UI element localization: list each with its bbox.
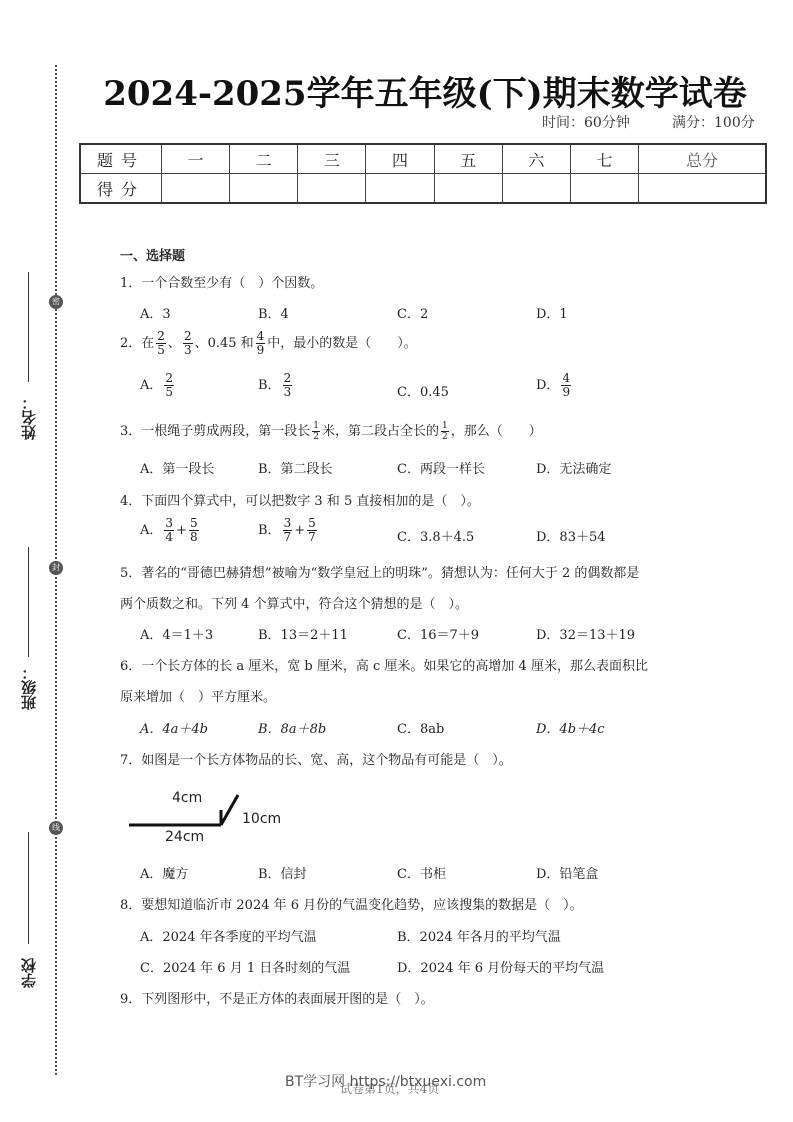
score-cell-2[interactable] (230, 174, 298, 204)
school-write-line[interactable] (28, 832, 29, 944)
q6-option-c[interactable]: C．8ab (397, 718, 444, 737)
q5-option-c[interactable]: C．16＝7＋9 (397, 624, 479, 643)
q8-option-c[interactable]: C．2024 年 6 月 1 日各时刻的气温 (140, 957, 350, 976)
score-cell-3[interactable] (298, 174, 366, 204)
q2-text-2: 、 (168, 336, 181, 351)
col-7: 七 (570, 144, 638, 174)
exam-title: 2024-2025学年五年级(下)期末数学试卷 (100, 66, 750, 115)
col-2: 二 (230, 144, 298, 174)
question-1: 1．一个合数至少有（ ）个因数。 (120, 272, 323, 291)
q5-option-a[interactable]: A．4＝1＋3 (140, 624, 213, 643)
question-5-line-2: 两个质数之和。下列 4 个算式中，符合这个猜想的是（ ）。 (120, 593, 468, 612)
question-9: 9．下列图形中，不是正方体的表面展开图的是（ ）。 (120, 988, 434, 1007)
q2-option-a[interactable]: A．25 (140, 372, 176, 399)
q2-text-4: 中，最小的数是（ ）。 (267, 336, 417, 351)
q8-option-b[interactable]: B．2024 年各月的平均气温 (397, 926, 561, 945)
question-4: 4．下面四个算式中，可以把数字 3 和 5 直接相加的是（ ）。 (120, 490, 480, 509)
row-label-score: 得分 (80, 174, 162, 204)
q8-option-a[interactable]: A．2024 年各季度的平均气温 (140, 926, 317, 945)
fraction: 23 (183, 330, 193, 357)
name-write-line[interactable] (28, 272, 29, 382)
col-6: 六 (502, 144, 570, 174)
class-write-line[interactable] (28, 547, 29, 657)
col-5: 五 (434, 144, 502, 174)
q7-option-b[interactable]: B．信封 (258, 863, 307, 882)
seal-mark-feng: 封 (49, 561, 63, 575)
q7-option-a[interactable]: A．魔方 (140, 863, 188, 882)
q6-option-d[interactable]: D．4b＋4c (536, 718, 605, 737)
question-number-row: 题号 一 二 三 四 五 六 七 总分 (80, 144, 766, 174)
col-total: 总分 (639, 144, 766, 174)
col-3: 三 (298, 144, 366, 174)
seal-mark-mi: 密 (49, 295, 63, 309)
q1-option-b[interactable]: B．4 (258, 303, 289, 322)
q8-option-d[interactable]: D．2024 年 6 月份每天的平均气温 (397, 957, 604, 976)
exam-full-score: 满分：100分 (672, 112, 755, 132)
question-5-line-1: 5．著名的“哥德巴赫猜想”被喻为“数学皇冠上的明珠”。猜想认为：任何大于 2 的… (120, 562, 639, 581)
q5-option-b[interactable]: B．13＝2＋11 (258, 624, 348, 643)
question-2: 2．在25、23、0.45 和49中，最小的数是（ ）。 (120, 330, 417, 357)
score-table: 题号 一 二 三 四 五 六 七 总分 得分 (79, 143, 767, 204)
q2-text-1: 2．在 (120, 336, 154, 351)
q6-option-a[interactable]: A．4a＋4b (140, 718, 208, 737)
row-label-question-number: 题号 (80, 144, 162, 174)
q2-text-3: 、0.45 和 (195, 336, 254, 351)
question-8: 8．要想知道临沂市 2024 年 6 月份的气温变化趋势，应该搜集的数据是（ ）… (120, 894, 583, 913)
fraction: 49 (256, 330, 266, 357)
diagram-width-label: 4cm (172, 790, 202, 806)
score-row: 得分 (80, 174, 766, 204)
exam-time: 时间：60分钟 (542, 112, 630, 132)
q1-option-d[interactable]: D．1 (536, 303, 568, 322)
q1-option-a[interactable]: A．3 (140, 303, 171, 322)
class-label: 班级： (18, 665, 39, 710)
score-cell-total[interactable] (639, 174, 766, 204)
q7-option-c[interactable]: C．书柜 (397, 863, 446, 882)
q2-option-b[interactable]: B．23 (258, 372, 294, 399)
col-4: 四 (366, 144, 434, 174)
question-7: 7．如图是一个长方体物品的长、宽、高，这个物品有可能是（ ）。 (120, 749, 512, 768)
q4-option-a[interactable]: A．34+58 (140, 517, 201, 544)
seal-mark-xian: 线 (49, 821, 63, 835)
q3-option-d[interactable]: D．无法确定 (536, 458, 611, 477)
col-1: 一 (162, 144, 230, 174)
q6-option-b[interactable]: B．8a＋8b (258, 718, 326, 737)
q2-option-c[interactable]: C．0.45 (397, 381, 449, 400)
q4-option-c[interactable]: C．3.8＋4.5 (397, 526, 474, 545)
score-cell-1[interactable] (162, 174, 230, 204)
score-cell-5[interactable] (434, 174, 502, 204)
score-cell-4[interactable] (366, 174, 434, 204)
name-label: 姓名： (18, 395, 39, 440)
q3-option-b[interactable]: B．第二段长 (258, 458, 333, 477)
diagram-height-label: 10cm (242, 811, 281, 827)
q7-option-d[interactable]: D．铅笔盒 (536, 863, 598, 882)
q5-option-d[interactable]: D．32＝13＋19 (536, 624, 635, 643)
q3-option-a[interactable]: A．第一段长 (140, 458, 214, 477)
q2-option-d[interactable]: D．49 (536, 372, 573, 399)
question-3: 3．一根绳子剪成两段，第一段长12米，第二段占全长的12，那么（ ） (120, 420, 542, 442)
q3-option-c[interactable]: C．两段一样长 (397, 458, 485, 477)
q4-option-b[interactable]: B．37+57 (258, 517, 319, 544)
question-6-line-1: 6．一个长方体的长 a 厘米，宽 b 厘米，高 c 厘米。如果它的高增加 4 厘… (120, 655, 648, 674)
score-cell-6[interactable] (502, 174, 570, 204)
section-title: 一、选择题 (120, 245, 185, 264)
watermark: BT学习网 https://btxuexi.com (285, 1071, 486, 1091)
fraction: 25 (156, 330, 166, 357)
school-label: 学校 (18, 958, 39, 988)
question-6-line-2: 原来增加（ ）平方厘米。 (120, 686, 276, 705)
diagram-length-label: 24cm (165, 829, 204, 845)
score-cell-7[interactable] (570, 174, 638, 204)
q1-option-c[interactable]: C．2 (397, 303, 428, 322)
q4-option-d[interactable]: D．83＋54 (536, 526, 606, 545)
